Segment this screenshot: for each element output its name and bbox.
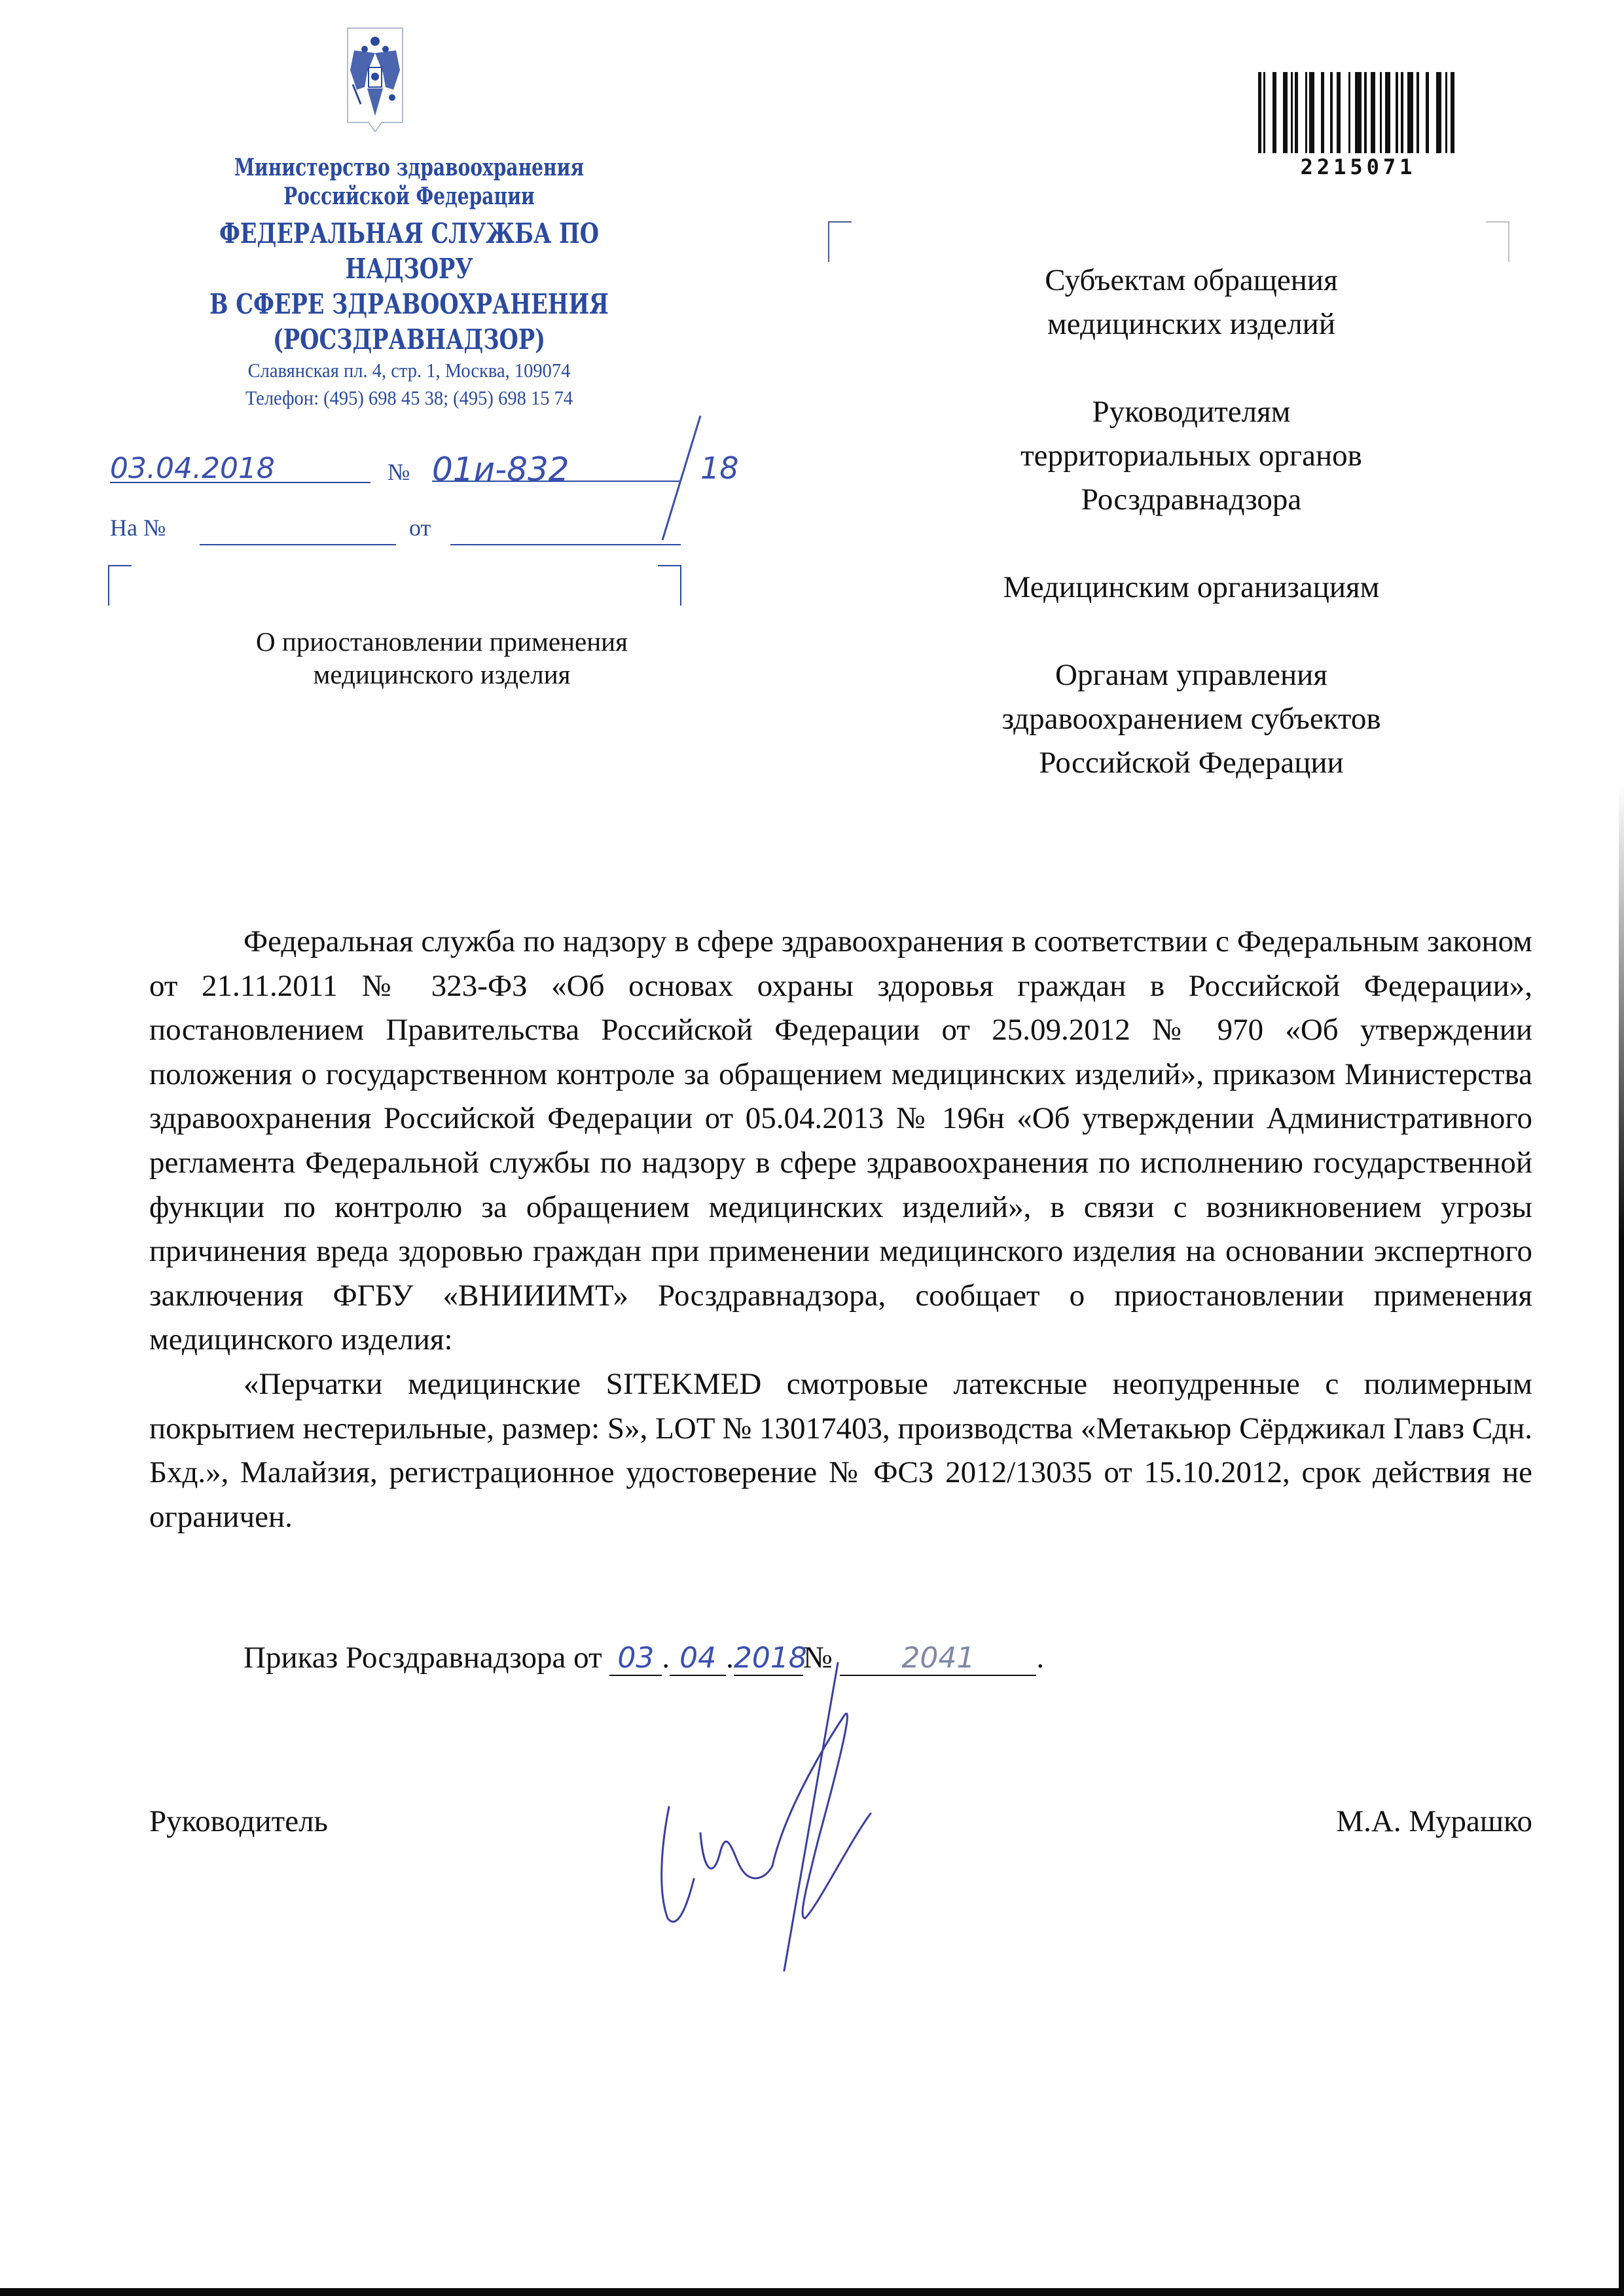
recipients-block: Субъектам обращения медицинских изделий …	[851, 259, 1532, 829]
letter-body: Федеральная служба по надзору в сфере зд…	[149, 920, 1532, 1539]
outgoing-date-field: 03.04.2018	[110, 452, 370, 483]
recipient-device-subjects: Субъектам обращения медицинских изделий	[851, 259, 1532, 346]
corner-mark-right	[658, 565, 681, 606]
recipient-medical-organizations: Медицинским организациям	[851, 566, 1532, 610]
signatory-title: Руководитель	[149, 1804, 328, 1839]
reply-number-field	[200, 514, 396, 545]
corner-mark-left	[108, 565, 132, 606]
signature-icon	[641, 1656, 1008, 1984]
corner-mark-recipient-left	[828, 221, 852, 262]
ministry-name: Министерство здравоохранения Российской …	[167, 153, 652, 211]
letter-subject: О приостановлении применения медицинског…	[164, 625, 720, 691]
barcode-number: 2215071	[1258, 155, 1458, 179]
reply-date-label: от	[409, 514, 431, 541]
signatory-name: М.А. Мурашко	[1336, 1804, 1532, 1839]
corner-mark-recipient-right	[1486, 221, 1509, 262]
barcode-icon	[1258, 72, 1458, 153]
outgoing-number-field: 01и-832	[432, 450, 681, 482]
address: Славянская пл. 4, стр. 1, Москва, 109074	[123, 357, 695, 384]
service-name: ФЕДЕРАЛЬНАЯ СЛУЖБА ПО НАДЗОРУ В СФЕРЕ ЗД…	[160, 216, 658, 357]
outgoing-number-label: №	[388, 458, 410, 486]
outgoing-number-suffix: 18	[700, 450, 739, 486]
recipient-territorial-heads: Руководителям территориальных органов Ро…	[851, 390, 1532, 522]
address-block: Славянская пл. 4, стр. 1, Москва, 109074…	[123, 357, 695, 412]
scan-edge-bottom	[0, 2288, 1624, 2296]
body-paragraph: Федеральная служба по надзору в сфере зд…	[149, 920, 1532, 1362]
recipient-health-authorities: Органам управления здравоохранением субъ…	[851, 653, 1532, 785]
body-paragraph-device: «Перчатки медицинские SITEKMED смотровые…	[149, 1362, 1532, 1539]
coat-of-arms-icon	[345, 24, 405, 136]
order-prefix: Приказ Росздравнадзора от	[244, 1641, 602, 1675]
reply-number-label: На №	[110, 514, 166, 541]
phone: Телефон: (495) 698 45 38; (495) 698 15 7…	[123, 384, 695, 412]
reply-date-field	[450, 514, 681, 545]
scan-edge-right	[1619, 786, 1624, 2296]
